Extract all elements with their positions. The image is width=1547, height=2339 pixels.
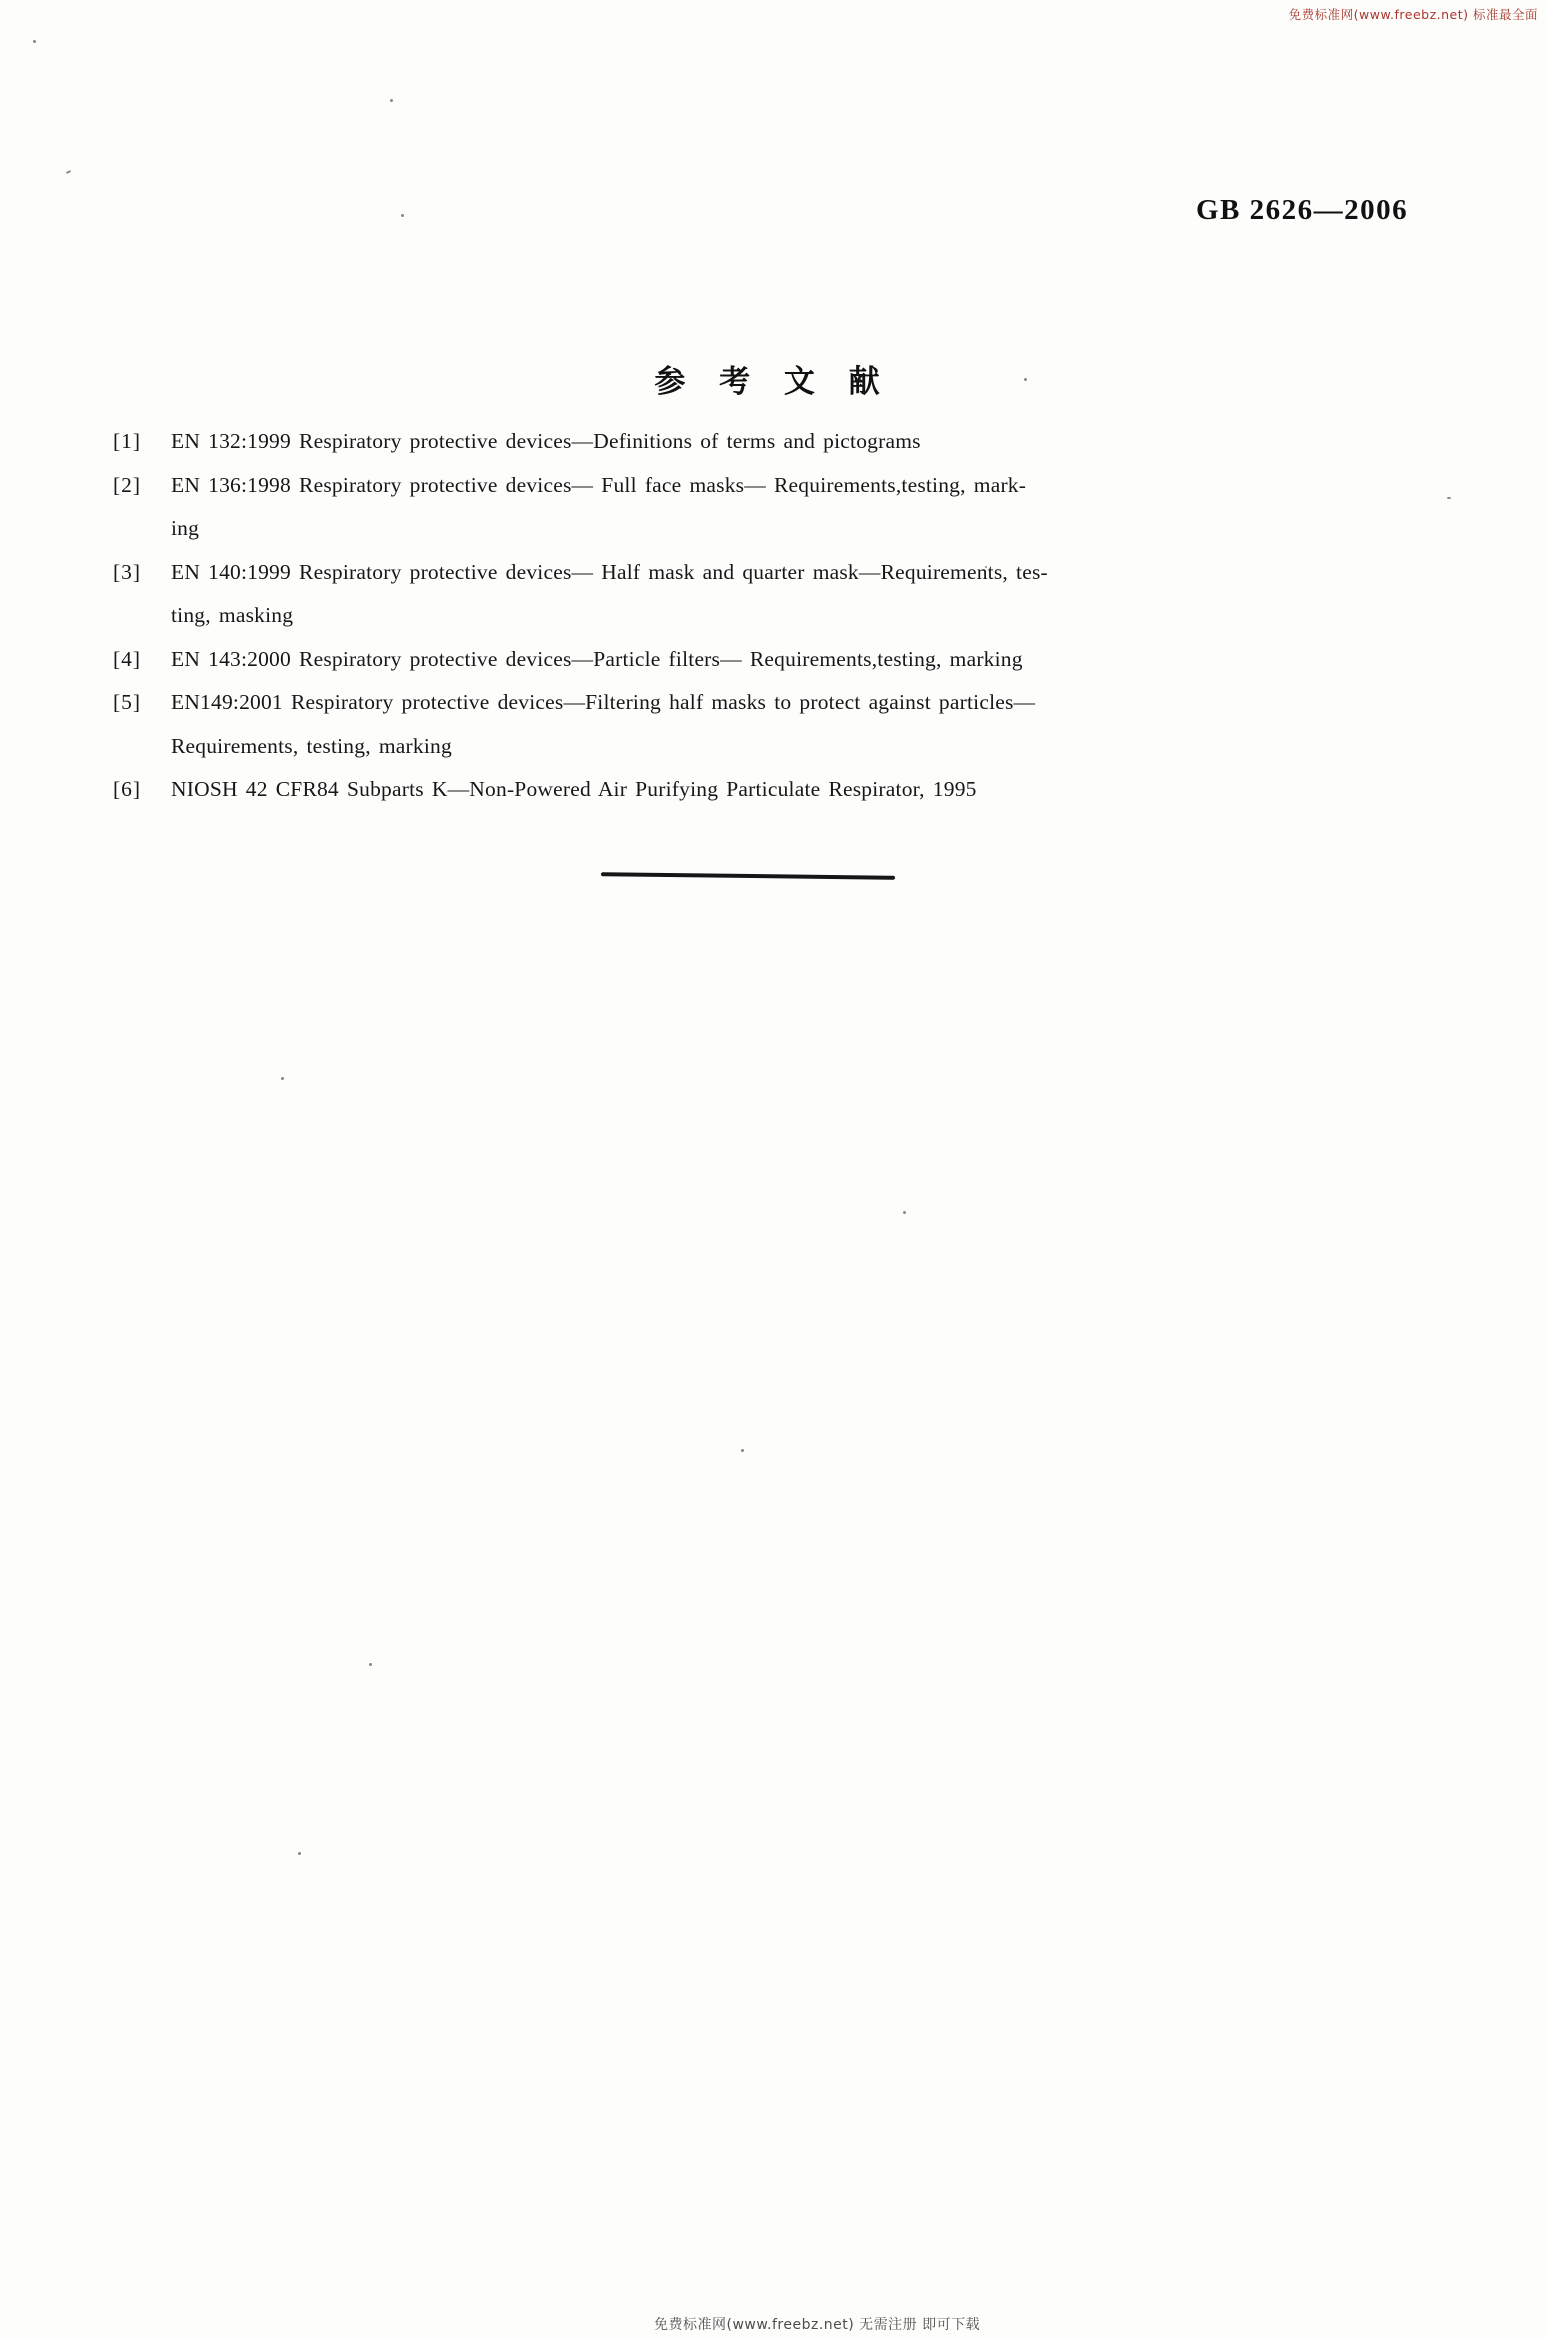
scan-speck bbox=[401, 214, 404, 217]
reference-item-4: [4] EN 143:2000 Respiratory protective d… bbox=[113, 638, 1413, 682]
scan-speck bbox=[298, 1852, 301, 1855]
reference-list: [1] EN 132:1999 Respiratory protective d… bbox=[113, 420, 1413, 812]
reference-number: [5] bbox=[113, 681, 171, 725]
reference-line: Requirements, testing, marking bbox=[171, 725, 1413, 769]
reference-line: EN 143:2000 Respiratory protective devic… bbox=[171, 638, 1413, 682]
scan-speck bbox=[1447, 497, 1451, 499]
reference-item-2: [2] EN 136:1998 Respiratory protective d… bbox=[113, 464, 1413, 551]
reference-line: EN 132:1999 Respiratory protective devic… bbox=[171, 420, 1413, 464]
end-of-text-divider bbox=[601, 872, 895, 880]
reference-text: EN149:2001 Respiratory protective device… bbox=[171, 681, 1413, 768]
reference-number: [4] bbox=[113, 638, 171, 682]
page-title: 参 考 文 献 bbox=[0, 356, 1547, 401]
reference-number: [1] bbox=[113, 420, 171, 464]
reference-line: EN149:2001 Respiratory protective device… bbox=[171, 681, 1413, 725]
reference-line: EN 136:1998 Respiratory protective devic… bbox=[171, 464, 1413, 508]
reference-number: [2] bbox=[113, 464, 171, 508]
reference-item-3: [3] EN 140:1999 Respiratory protective d… bbox=[113, 551, 1413, 638]
reference-text: NIOSH 42 CFR84 Subparts K—Non-Powered Ai… bbox=[171, 768, 1413, 812]
bottom-watermark: 免费标准网(www.freebz.net) 无需注册 即可下载 bbox=[654, 2314, 980, 2334]
top-watermark: 免费标准网(www.freebz.net) 标准最全面 bbox=[1289, 5, 1538, 23]
reference-item-1: [1] EN 132:1999 Respiratory protective d… bbox=[113, 420, 1413, 464]
scan-speck bbox=[390, 99, 393, 102]
scan-speck bbox=[66, 170, 71, 174]
scan-speck bbox=[369, 1663, 372, 1666]
scan-speck bbox=[741, 1449, 744, 1452]
document-page: 免费标准网(www.freebz.net) 标准最全面 GB 2626—2006… bbox=[0, 0, 1547, 2339]
reference-line: ing bbox=[171, 507, 1413, 551]
reference-number: [6] bbox=[113, 768, 171, 812]
reference-line: EN 140:1999 Respiratory protective devic… bbox=[171, 551, 1413, 595]
scan-speck bbox=[281, 1077, 284, 1080]
reference-number: [3] bbox=[113, 551, 171, 595]
scan-speck bbox=[985, 566, 987, 568]
reference-text: EN 132:1999 Respiratory protective devic… bbox=[171, 420, 1413, 464]
scan-speck bbox=[903, 1211, 906, 1214]
reference-item-6: [6] NIOSH 42 CFR84 Subparts K—Non-Powere… bbox=[113, 768, 1413, 812]
reference-text: EN 136:1998 Respiratory protective devic… bbox=[171, 464, 1413, 551]
reference-line: NIOSH 42 CFR84 Subparts K—Non-Powered Ai… bbox=[171, 768, 1413, 812]
standard-number: GB 2626—2006 bbox=[1196, 194, 1408, 227]
reference-item-5: [5] EN149:2001 Respiratory protective de… bbox=[113, 681, 1413, 768]
reference-text: EN 143:2000 Respiratory protective devic… bbox=[171, 638, 1413, 682]
scan-speck bbox=[1024, 378, 1027, 381]
scan-speck bbox=[33, 40, 36, 43]
reference-text: EN 140:1999 Respiratory protective devic… bbox=[171, 551, 1413, 638]
reference-line: ting, masking bbox=[171, 594, 1413, 638]
